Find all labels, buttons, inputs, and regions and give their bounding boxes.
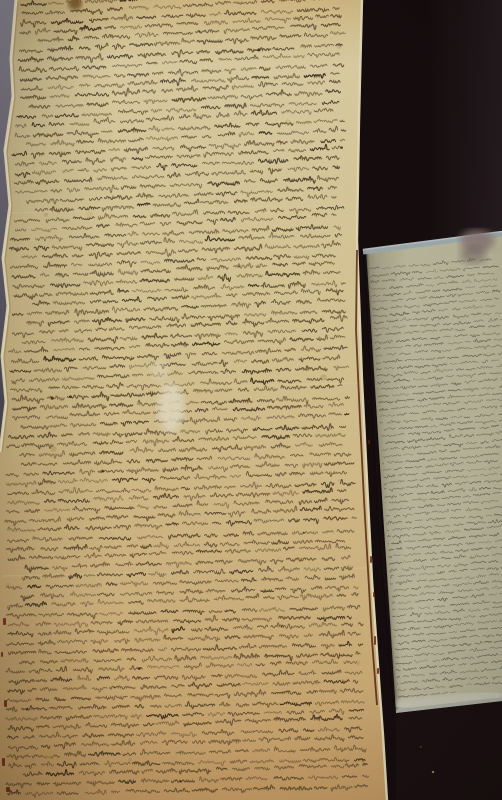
photo-vignette [0, 0, 502, 800]
manuscript-photo [0, 0, 502, 800]
photo-frame [0, 0, 502, 800]
